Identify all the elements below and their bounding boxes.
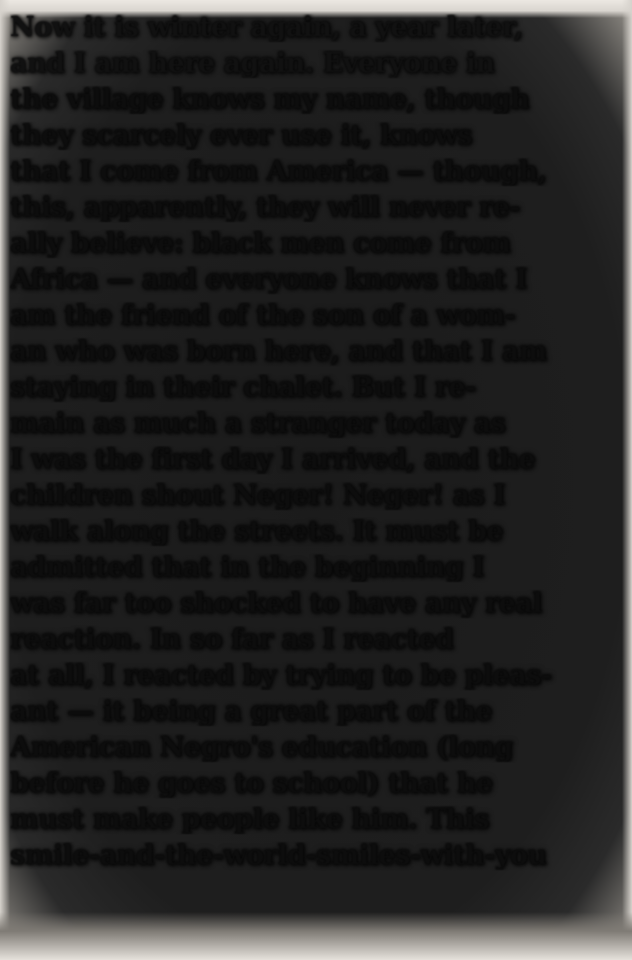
painted-text-block: Now it is winter again, a year later, an…: [10, 14, 624, 920]
text-line: that I come from America — though,: [10, 158, 624, 186]
text-line: ally believe: black men come from: [10, 230, 624, 258]
text-line: was far too shocked to have any real: [10, 590, 624, 618]
text-line: reaction. In so far as I reacted: [10, 626, 624, 654]
text-line: the village knows my name, though: [10, 86, 624, 114]
text-line: walk along the streets. It must be: [10, 518, 624, 546]
text-line: at all, I reacted by trying to be pleas-: [10, 662, 624, 690]
text-painting: Now it is winter again, a year later, an…: [0, 0, 632, 960]
text-line: admitted that in the beginning I: [10, 554, 624, 582]
text-line: children shout Neger! Neger! as I: [10, 482, 624, 510]
text-line: American Negro's education (long: [10, 734, 624, 762]
text-line: I was the first day I arrived, and the: [10, 446, 624, 474]
text-line: and I am here again. Everyone in: [10, 50, 624, 78]
text-line: ant — it being a great part of the: [10, 698, 624, 726]
text-line: am the friend of the son of a wom-: [10, 302, 624, 330]
text-line: staying in their chalet. But I re-: [10, 374, 624, 402]
text-line: they scarcely ever use it, knows: [10, 122, 624, 150]
text-line: this, apparently, they will never re-: [10, 194, 624, 222]
text-line: main as much a stranger today as: [10, 410, 624, 438]
text-line: before he goes to school) that he: [10, 770, 624, 798]
canvas-edge-bottom: [0, 912, 632, 960]
text-line: Now it is winter again, a year later,: [10, 14, 624, 42]
text-line: must make people like him. This: [10, 806, 624, 834]
text-line: an who was born here, and that I am: [10, 338, 624, 366]
canvas-edge-left: [0, 0, 10, 960]
text-line: smile-and-the-world-smiles-with-you: [10, 842, 624, 870]
text-line: Africa — and everyone knows that I: [10, 266, 624, 294]
text-line: [10, 878, 624, 906]
